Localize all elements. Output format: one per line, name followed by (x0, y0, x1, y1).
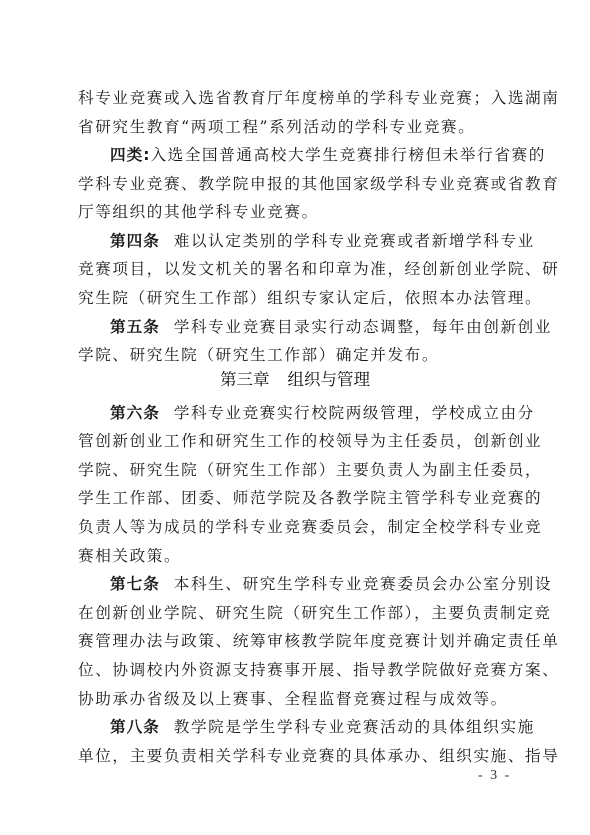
text-line: 学院、研究生院（研究生工作部）确定并发布。 (78, 341, 520, 369)
text-line: 赛相关政策。 (78, 542, 520, 570)
chapter-number: 第三章 (220, 370, 270, 389)
article-6-label: 第六条 (110, 404, 160, 422)
text-line: 赛管理办法与政策、统筹审核教学院年度竞赛计划并确定责任单 (78, 627, 520, 655)
text-line: 负责人等为成员的学科专业竞赛委员会，制定全校学科专业竞 (78, 513, 520, 541)
text-line: 学科专业竞赛目录实行动态调整，每年由创新创业 (174, 318, 552, 336)
document-page: 科专业竞赛或入选省教育厅年度榜单的学科专业竞赛；入选湖南 省研究生教育“两项工程… (0, 0, 590, 835)
text-line: 究生院（研究生工作部）组织专家认定后，依照本办法管理。 (78, 284, 520, 312)
article-8-paragraph: 第八条教学院是学生学科专业竞赛活动的具体组织实施 (110, 713, 520, 741)
category-4-paragraph: 四类:入选全国普通高校大学生竞赛排行榜但未举行省赛的 (110, 141, 520, 169)
article-6-paragraph: 第六条学科专业竞赛实行校院两级管理，学校成立由分 (110, 399, 520, 427)
article-7-paragraph: 第七条本科生、研究生学科专业竞赛委员会办公室分别设 (110, 570, 520, 598)
article-7-label: 第七条 (110, 575, 160, 593)
category-4-label: 四类: (110, 146, 150, 164)
text-line: 学科专业竞赛、教学院申报的其他国家级学科专业竞赛或省教育 (78, 170, 520, 198)
text-line: 协助承办省级及以上赛事、全程监督竞赛过程与成效等。 (78, 685, 520, 713)
text-line: 学生工作部、团委、师范学院及各教学院主管学科专业竞赛的 (78, 484, 520, 512)
text-line: 单位，主要负责相关学科专业竞赛的具体承办、组织实施、指导 (78, 742, 520, 770)
chapter-heading: 第三章组织与管理 (0, 366, 590, 394)
text-line: 学院、研究生院（研究生工作部）主要负责人为副主任委员， (78, 456, 520, 484)
text-line: 入选全国普通高校大学生竞赛排行榜但未举行省赛的 (150, 146, 545, 164)
article-5-label: 第五条 (110, 318, 160, 336)
chapter-title: 组织与管理 (288, 370, 371, 389)
page-number: - 3 - (478, 768, 511, 784)
article-8-label: 第八条 (110, 718, 160, 736)
article-5-paragraph: 第五条学科专业竞赛目录实行动态调整，每年由创新创业 (110, 313, 520, 341)
text-line: 在创新创业学院、研究生院（研究生工作部），主要负责制定竞 (78, 599, 520, 627)
text-line: 厅等组织的其他学科专业竞赛。 (78, 198, 520, 226)
text-line: 学科专业竞赛实行校院两级管理，学校成立由分 (174, 404, 535, 422)
text-line: 难以认定类别的学科专业竞赛或者新增学科专业 (174, 232, 535, 250)
article-4-label: 第四条 (110, 232, 160, 250)
text-line: 管创新创业工作和研究生工作的校领导为主任委员，创新创业 (78, 427, 520, 455)
article-4-paragraph: 第四条难以认定类别的学科专业竞赛或者新增学科专业 (110, 227, 520, 255)
text-line: 位、协调校内外资源支持赛事开展、指导教学院做好竞赛方案、 (78, 656, 520, 684)
text-line: 竞赛项目，以发文机关的署名和印章为准，经创新创业学院、研 (78, 255, 520, 283)
text-line: 本科生、研究生学科专业竞赛委员会办公室分别设 (174, 575, 552, 593)
text-line: 教学院是学生学科专业竞赛活动的具体组织实施 (174, 718, 535, 736)
text-line: 科专业竞赛或入选省教育厅年度榜单的学科专业竞赛；入选湖南 (78, 84, 520, 112)
text-line: 省研究生教育“两项工程”系列活动的学科专业竞赛。 (78, 113, 520, 141)
